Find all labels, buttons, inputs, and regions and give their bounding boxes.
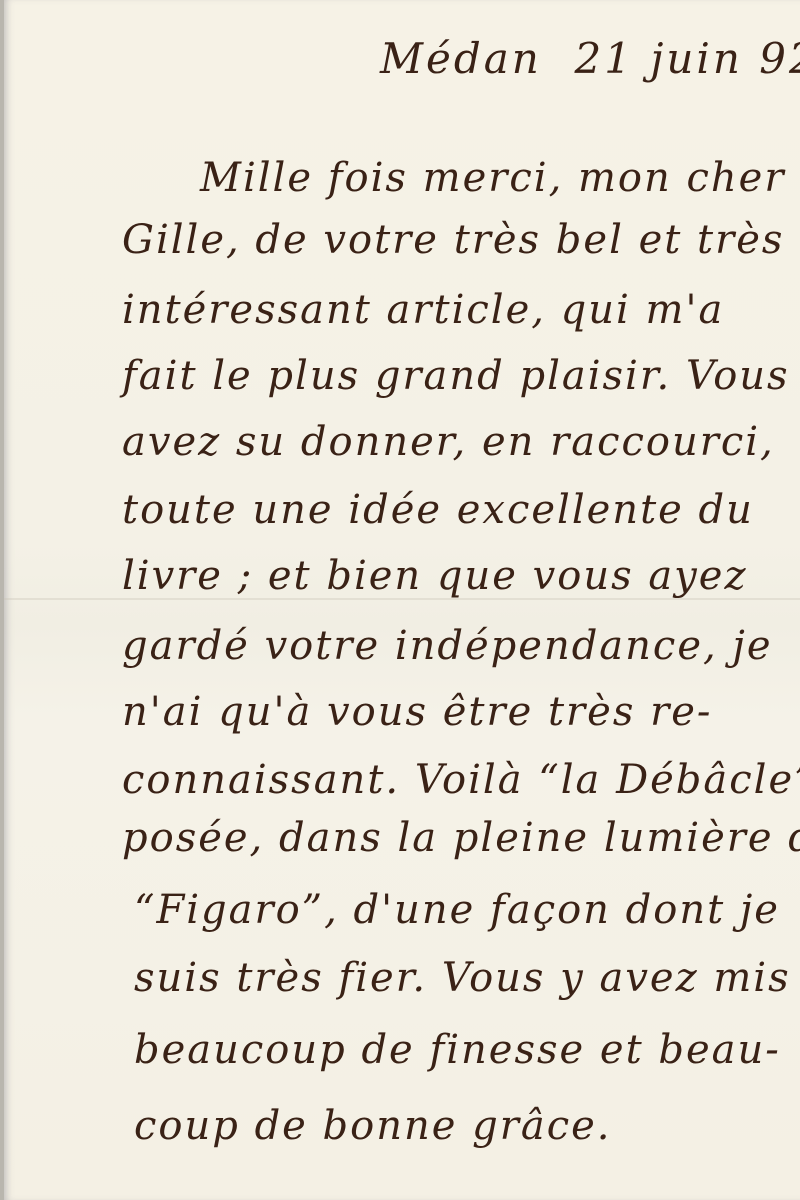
paper-fold-crease: [4, 598, 800, 600]
letter-line-9: n'ai qu'à vous être très re-: [122, 692, 712, 732]
letter-line-6: toute une idée excellente du: [122, 490, 754, 530]
letter-line-11: posée, dans la pleine lumière du: [122, 818, 800, 858]
letter-line-15: coup de bonne grâce.: [134, 1106, 612, 1146]
letter-line-2: Gille, de votre très bel et très: [122, 220, 784, 260]
letter-line-3: intéressant article, qui m'a: [122, 290, 724, 330]
letter-place: Médan: [380, 34, 542, 83]
letter-page: Médan 21 juin 92 Mille fois merci, mon c…: [4, 0, 800, 1200]
letter-date: 21 juin 92: [575, 34, 800, 83]
letter-dateline: Médan 21 juin 92: [380, 38, 800, 80]
letter-line-5: avez su donner, en raccourci,: [122, 422, 775, 462]
letter-line-4: fait le plus grand plaisir. Vous: [122, 356, 790, 396]
letter-line-12: “Figaro”, d'une façon dont je: [134, 890, 780, 930]
letter-line-14: beaucoup de finesse et beau-: [134, 1030, 781, 1070]
letter-line-1: Mille fois merci, mon cher: [200, 158, 785, 198]
letter-line-8: gardé votre indépendance, je: [122, 626, 773, 666]
letter-line-13: suis très fier. Vous y avez mis: [134, 958, 791, 998]
letter-line-10: connaissant. Voilà “la Débâcle”,: [122, 760, 800, 800]
letter-line-7: livre ; et bien que vous ayez: [122, 556, 748, 596]
